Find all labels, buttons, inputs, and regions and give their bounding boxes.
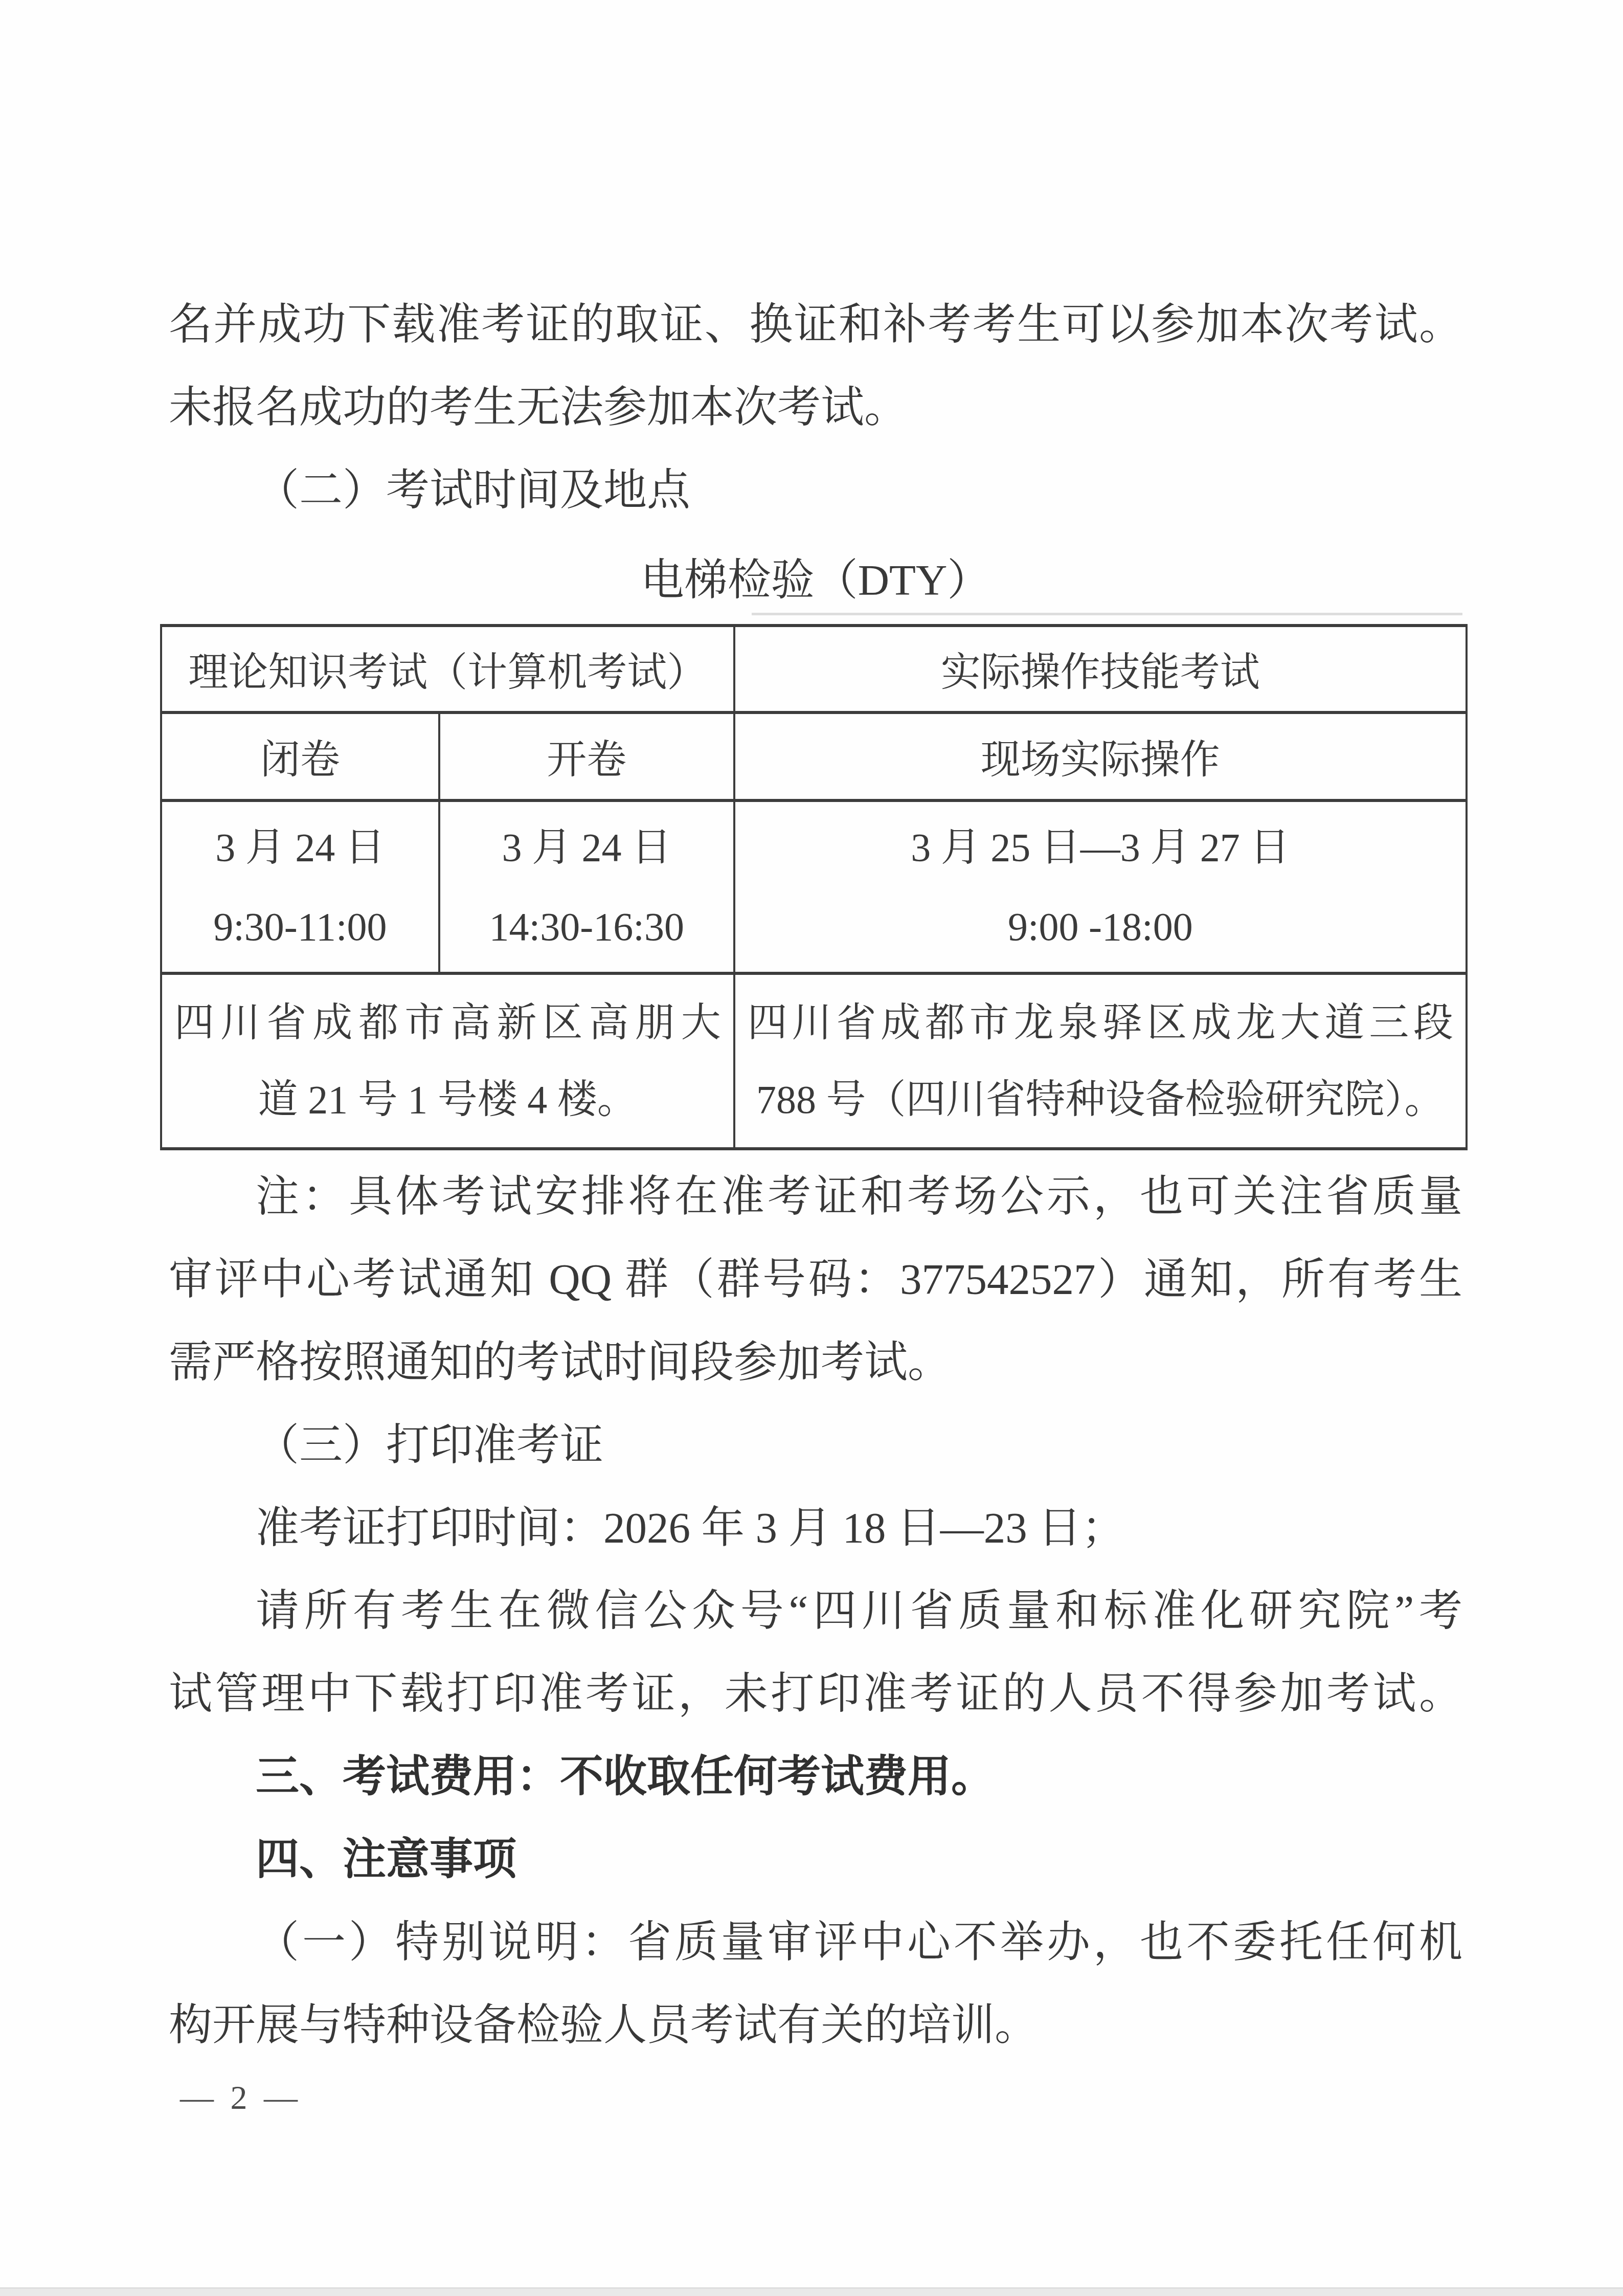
location-line: 道 21 号 1 号楼 4 楼。 xyxy=(174,1061,721,1138)
table-row-headers: 理论知识考试（计算机考试） 实际操作技能考试 xyxy=(161,626,1467,712)
cell-practical-location: 四川省成都市龙泉驿区成龙大道三段 788 号（四川省特种设备检验研究院）。 xyxy=(734,973,1467,1149)
table-title-text: 电梯检验（DTY） xyxy=(169,539,1462,622)
schedule-date: 3 月 24 日 xyxy=(440,808,733,887)
cell-closed-book: 闭卷 xyxy=(161,712,439,800)
page-number: — 2 — xyxy=(180,2072,298,2124)
paragraph-line: 构开展与特种设备检验人员考试有关的培训。 xyxy=(169,1984,1462,2067)
cell-onsite-operation: 现场实际操作 xyxy=(734,712,1467,800)
paragraph-line: 需严格按照通知的考试时间段参加考试。 xyxy=(169,1321,1462,1404)
schedule-time: 9:00 -18:00 xyxy=(735,887,1466,966)
cell-theory-exam-header: 理论知识考试（计算机考试） xyxy=(161,626,734,712)
paragraph-line: 试管理中下载打印准考证，未打印准考证的人员不得参加考试。 xyxy=(169,1653,1462,1735)
table-row-locations: 四川省成都市高新区高朋大 道 21 号 1 号楼 4 楼。 四川省成都市龙泉驿区… xyxy=(161,973,1467,1149)
scan-artifact-line xyxy=(752,613,1462,615)
table-row-schedule: 3 月 24 日 9:30-11:00 3 月 24 日 14:30-16:30… xyxy=(161,800,1467,973)
scan-edge-artifact xyxy=(0,2287,1623,2296)
location-line: 788 号（四川省特种设备检验研究院）。 xyxy=(748,1061,1453,1138)
paragraph-line: 未报名成功的考生无法参加本次考试。 xyxy=(169,366,1462,449)
schedule-time: 9:30-11:00 xyxy=(162,887,438,966)
print-time-paragraph: 准考证打印时间：2026 年 3 月 18 日—23 日； xyxy=(169,1487,1462,1570)
print-instruction-paragraph: 请所有考生在微信公众号“四川省质量和标准化研究院”考 试管理中下载打印准考证，未… xyxy=(169,1570,1462,1735)
table-title: 电梯检验（DTY） xyxy=(169,539,1462,622)
section-heading-print-ticket: （三）打印准考证 xyxy=(169,1404,1462,1487)
schedule-date: 3 月 24 日 xyxy=(162,808,438,887)
cell-practical-schedule: 3 月 25 日—3 月 27 日 9:00 -18:00 xyxy=(734,800,1467,973)
schedule-time: 14:30-16:30 xyxy=(440,887,733,966)
paragraph-line: 审评中心考试通知 QQ 群（群号码：377542527）通知，所有考生 xyxy=(169,1238,1462,1321)
paragraph-line: 注：具体考试安排将在准考证和考场公示，也可关注省质量 xyxy=(169,1155,1462,1238)
table-row-subheaders: 闭卷 开卷 现场实际操作 xyxy=(161,712,1467,800)
cell-theory-location: 四川省成都市高新区高朋大 道 21 号 1 号楼 4 楼。 xyxy=(161,973,734,1149)
section-heading-fee: 三、考试费用：不收取任何考试费用。 xyxy=(169,1735,1462,1818)
cell-closed-book-schedule: 3 月 24 日 9:30-11:00 xyxy=(161,800,439,973)
special-note-paragraph: （一）特别说明：省质量审评中心不举办，也不委托任何机 构开展与特种设备检验人员考… xyxy=(169,1901,1462,2067)
note-paragraph: 注：具体考试安排将在准考证和考场公示，也可关注省质量 审评中心考试通知 QQ 群… xyxy=(169,1155,1462,1404)
paragraph-line: 名并成功下载准考证的取证、换证和补考考生可以参加本次考试。 xyxy=(169,283,1462,366)
location-line: 四川省成都市龙泉驿区成龙大道三段 xyxy=(748,985,1453,1061)
paragraph-line: 准考证打印时间：2026 年 3 月 18 日—23 日； xyxy=(169,1487,1462,1570)
section-heading-text: （二）考试时间及地点 xyxy=(169,449,1462,532)
section-heading-text: 四、注意事项 xyxy=(169,1818,1462,1901)
schedule-date: 3 月 25 日—3 月 27 日 xyxy=(735,808,1466,887)
document-page: 名并成功下载准考证的取证、换证和补考考生可以参加本次考试。 未报名成功的考生无法… xyxy=(0,0,1623,2296)
paragraph-line: （一）特别说明：省质量审评中心不举办，也不委托任何机 xyxy=(169,1901,1462,1984)
exam-schedule-table: 理论知识考试（计算机考试） 实际操作技能考试 闭卷 开卷 现场实际操作 3 月 … xyxy=(160,624,1468,1150)
cell-open-book: 开卷 xyxy=(439,712,734,800)
paragraph-line: 请所有考生在微信公众号“四川省质量和标准化研究院”考 xyxy=(169,1570,1462,1653)
section-heading-text: （三）打印准考证 xyxy=(169,1404,1462,1487)
section-heading-exam-time-place: （二）考试时间及地点 xyxy=(169,449,1462,532)
cell-practical-exam-header: 实际操作技能考试 xyxy=(734,626,1467,712)
cell-open-book-schedule: 3 月 24 日 14:30-16:30 xyxy=(439,800,734,973)
section-heading-text: 三、考试费用：不收取任何考试费用。 xyxy=(169,1735,1462,1818)
location-line: 四川省成都市高新区高朋大 xyxy=(174,985,721,1061)
section-heading-notes: 四、注意事项 xyxy=(169,1818,1462,1901)
intro-paragraph: 名并成功下载准考证的取证、换证和补考考生可以参加本次考试。 未报名成功的考生无法… xyxy=(169,283,1462,449)
